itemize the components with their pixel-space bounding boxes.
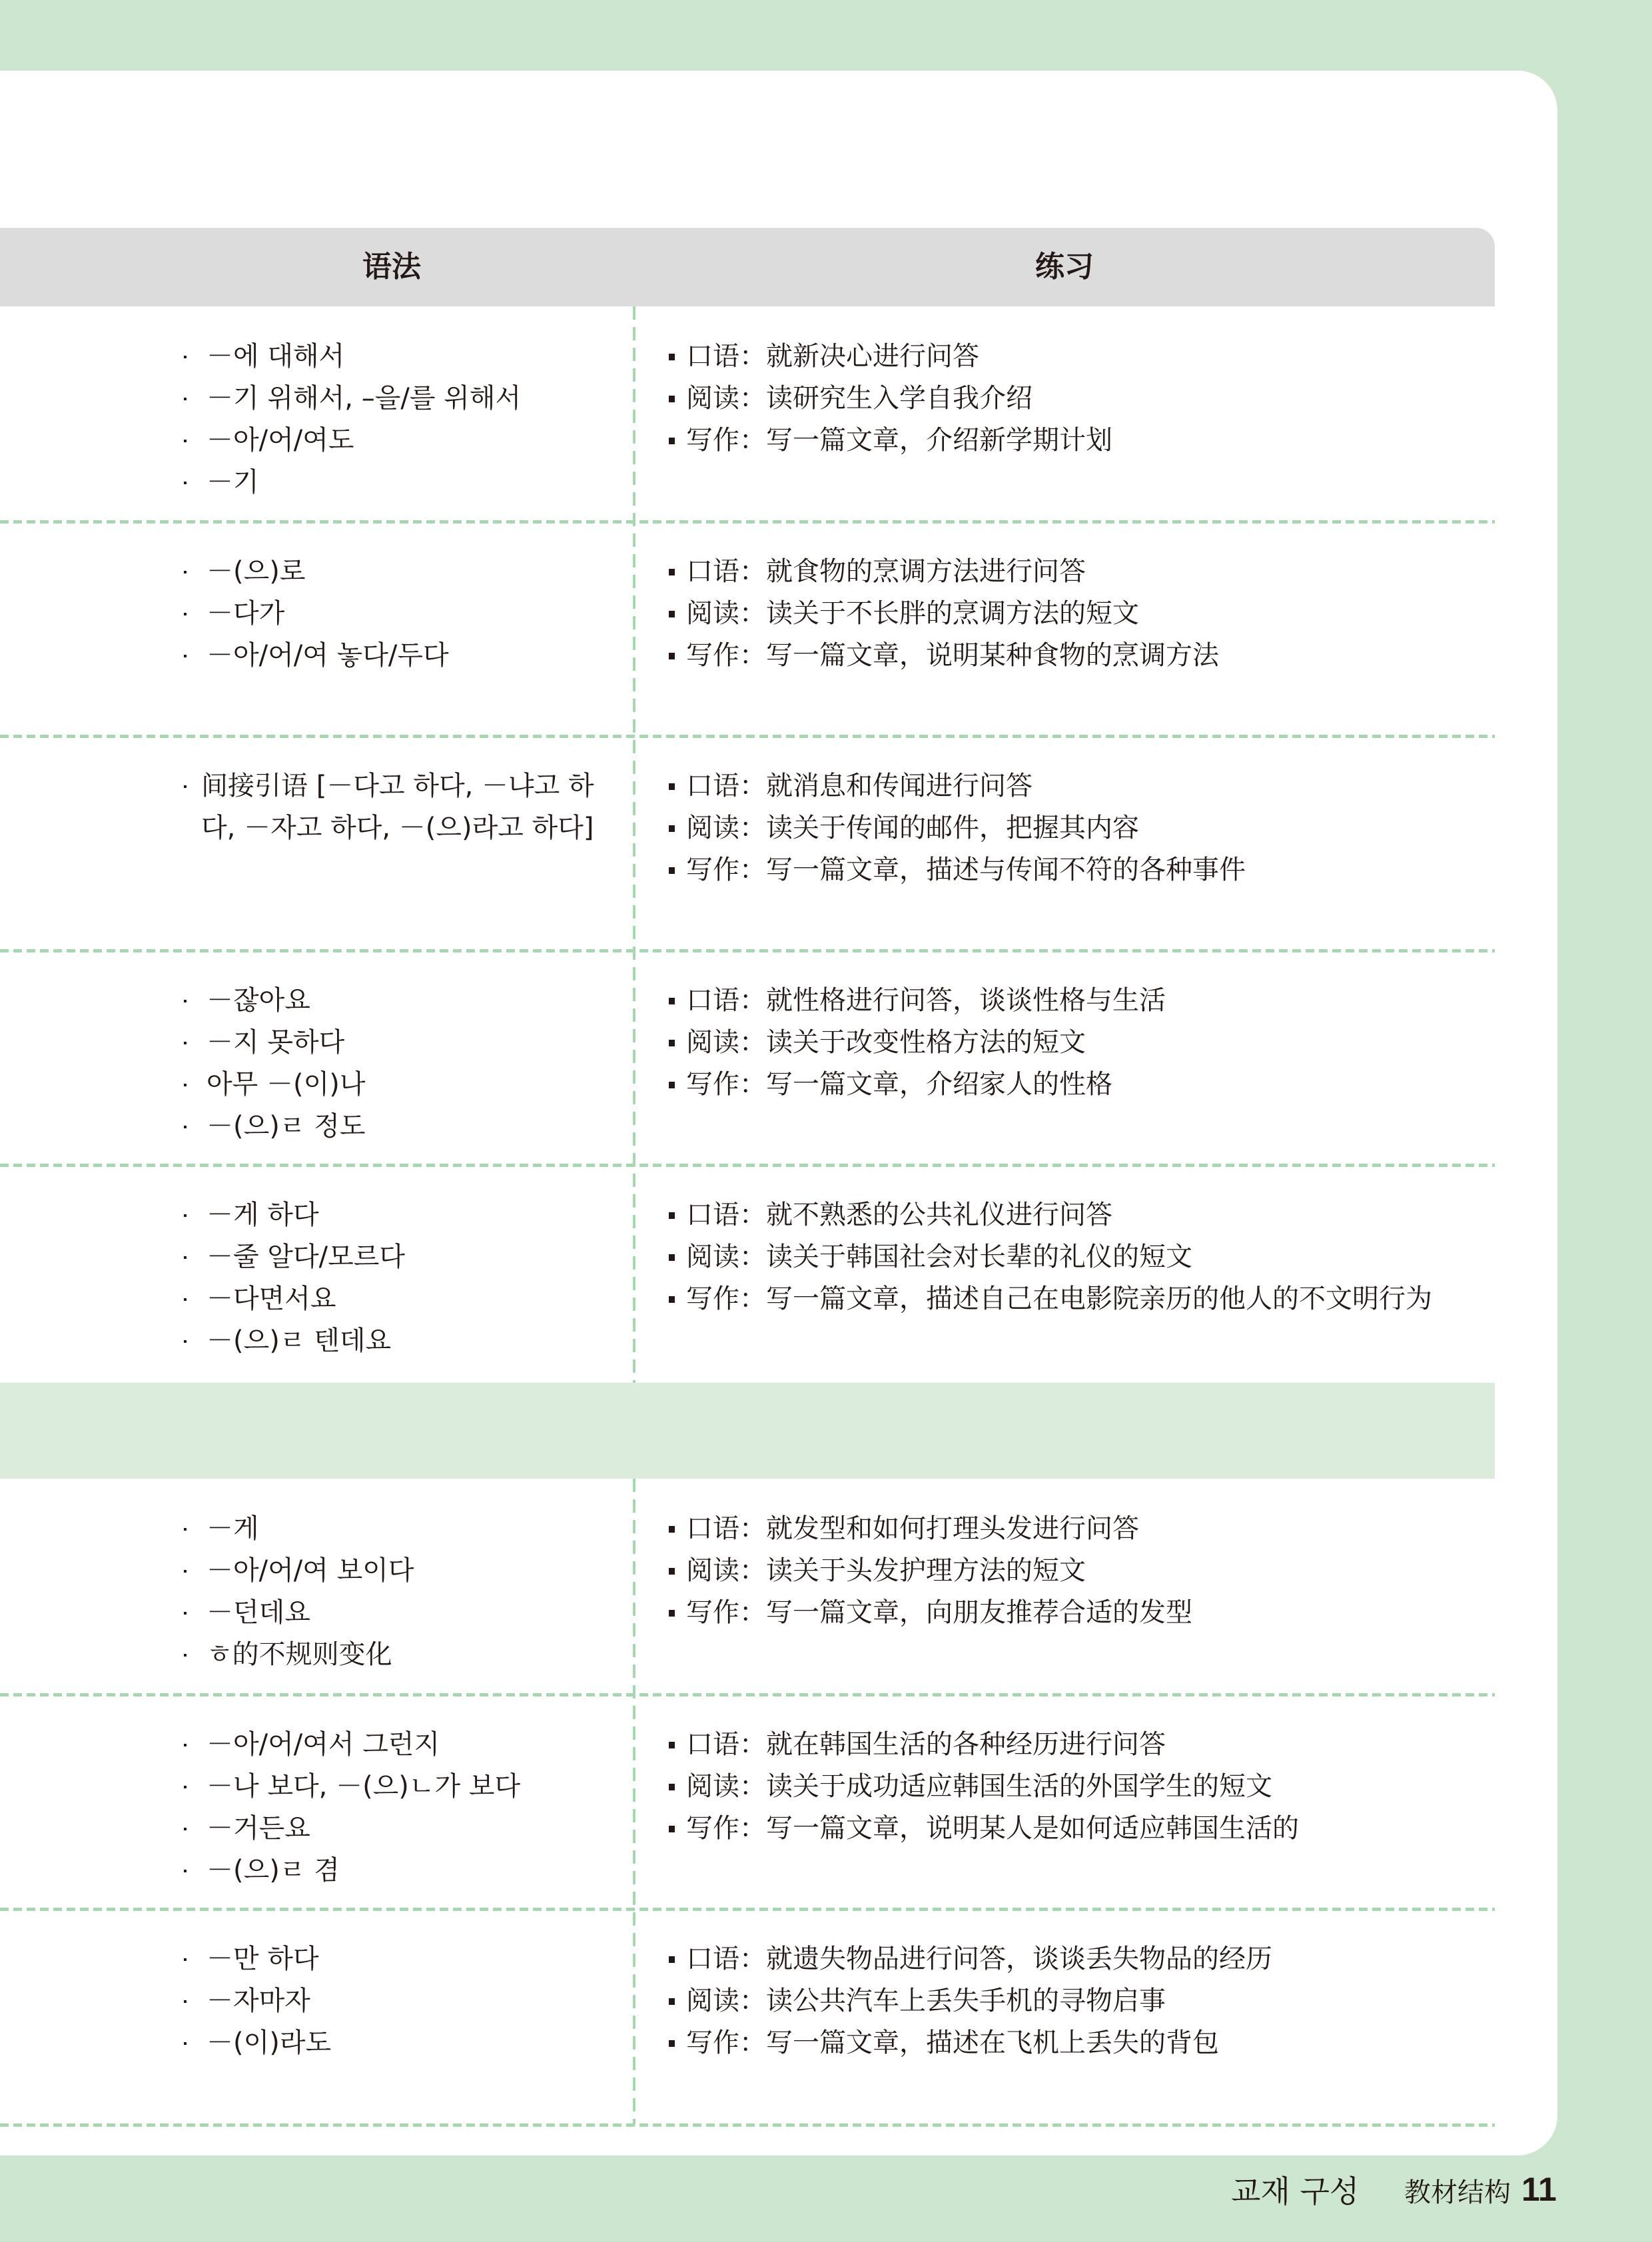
practice-item: 写作：写一篇文章，描述在飞机上丢失的背包 [666, 2022, 1492, 2064]
bullet-dot-icon [184, 1084, 187, 1086]
grammar-item-text: －에 대해서 [206, 341, 344, 372]
grammar-item: －줄 알다/모르다 [179, 1236, 618, 1278]
grammar-item-text: －만 하다 [206, 1944, 319, 1974]
grammar-item: －던데요 [179, 1592, 618, 1634]
bullet-dot-icon [184, 1612, 187, 1615]
grammar-item: －아/어/여 놓다/두다 [179, 635, 618, 677]
grammar-item: －나 보다, －(으)ㄴ가 보다 [179, 1766, 618, 1808]
practice-item: 写作：写一篇文章，描述自己在电影院亲历的他人的不文明行为 [666, 1278, 1492, 1320]
grammar-item: －게 [179, 1508, 618, 1550]
practice-item: 阅读：读研究生入学自我介绍 [666, 378, 1492, 420]
bullet-square-icon [669, 396, 675, 402]
grammar-cell: －게－아/어/여 보이다－던데요ㅎ的不规则变化 [179, 1508, 618, 1676]
bullet-square-icon [669, 825, 675, 832]
bullet-square-icon [669, 1742, 675, 1748]
bullet-square-icon [669, 1526, 675, 1533]
footer-section-korean: 교재 구성 [1231, 2171, 1359, 2211]
bullet-dot-icon [184, 613, 187, 615]
practice-item: 口语：就发型和如何打理头发进行问答 [666, 1508, 1492, 1550]
practice-item-text: 口语：就性格进行问答，谈谈性格与生活 [686, 985, 1166, 1016]
grammar-cell: 间接引语 [－다고 하다, －냐고 하다, －자고 하다, －(으)라고 하다] [179, 765, 618, 849]
grammar-item: －잖아요 [179, 980, 618, 1022]
practice-item-text: 口语：就消息和传闻进行问答 [686, 771, 1032, 801]
bullet-dot-icon [184, 1958, 187, 1961]
grammar-item: 아무 －(이)나 [179, 1064, 618, 1106]
practice-cell: 口语：就不熟悉的公共礼仪进行问答阅读：读关于韩国社会对长辈的礼仪的短文写作：写一… [666, 1194, 1492, 1320]
grammar-item-text: －기 [206, 467, 259, 498]
grammar-item: －거든요 [179, 1808, 618, 1850]
bullet-square-icon [669, 1040, 675, 1046]
practice-item-text: 口语：就发型和如何打理头发进行问答 [686, 1513, 1139, 1544]
practice-item-text: 写作：写一篇文章，描述与传闻不符的各种事件 [686, 855, 1246, 885]
bullet-square-icon [669, 783, 675, 790]
practice-cell: 口语：就性格进行问答，谈谈性格与生活阅读：读关于改变性格方法的短文写作：写一篇文… [666, 980, 1492, 1106]
grammar-item-text: －다가 [206, 598, 284, 629]
grammar-item-text: －자마자 [206, 1986, 310, 2016]
grammar-item: －에 대해서 [179, 336, 618, 378]
practice-item: 阅读：读关于传闻的邮件，把握其内容 [666, 807, 1492, 849]
grammar-item-text: －아/어/여도 [206, 425, 354, 456]
bullet-dot-icon [184, 655, 187, 657]
practice-item-text: 阅读：读关于头发护理方法的短文 [686, 1555, 1086, 1586]
practice-item: 口语：就新决心进行问答 [666, 336, 1492, 378]
grammar-item: －자마자 [179, 1980, 618, 2022]
bullet-dot-icon [184, 1786, 187, 1788]
bullet-square-icon [669, 1998, 675, 2005]
practice-item-text: 阅读：读关于改变性格方法的短文 [686, 1027, 1086, 1058]
practice-item: 阅读：读关于成功适应韩国生活的外国学生的短文 [666, 1766, 1492, 1808]
bullet-square-icon [669, 1784, 675, 1790]
grammar-item: －지 못하다 [179, 1022, 618, 1064]
practice-item-text: 阅读：读关于成功适应韩国生活的外国学生的短文 [686, 1771, 1272, 1802]
bullet-square-icon [669, 569, 675, 575]
row-divider [0, 2123, 1495, 2127]
grammar-item-text: －던데요 [206, 1597, 310, 1628]
bullet-square-icon [669, 438, 675, 444]
grammar-item: －(으)ㄹ 텐데요 [179, 1320, 618, 1362]
bullet-dot-icon [184, 785, 187, 788]
grammar-item: －(으)ㄹ 겸 [179, 1850, 618, 1892]
page-number: 11 [1521, 2169, 1557, 2210]
practice-item: 口语：就食物的烹调方法进行问答 [666, 551, 1492, 593]
grammar-item-text: －나 보다, －(으)ㄴ가 보다 [206, 1771, 520, 1802]
bullet-dot-icon [184, 1570, 187, 1573]
practice-item-text: 阅读：读公共汽车上丢失手机的寻物启事 [686, 1986, 1166, 2016]
grammar-item: 间接引语 [－다고 하다, －냐고 하다, －자고 하다, －(으)라고 하다] [179, 765, 618, 849]
practice-item: 写作：写一篇文章，介绍新学期计划 [666, 420, 1492, 462]
grammar-item-text: －아/어/여서 그런지 [206, 1729, 440, 1760]
bullet-dot-icon [184, 1870, 187, 1872]
practice-cell: 口语：就消息和传闻进行问答阅读：读关于传闻的邮件，把握其内容写作：写一篇文章，描… [666, 765, 1492, 891]
practice-item: 阅读：读关于改变性格方法的短文 [666, 1022, 1492, 1064]
grammar-item-text: －다면서요 [206, 1284, 336, 1314]
grammar-item-text: －잖아요 [206, 985, 310, 1016]
grammar-item: －기 위해서, –을/를 위해서 [179, 378, 618, 420]
bullet-dot-icon [184, 1214, 187, 1217]
grammar-item-text: －기 위해서, –을/를 위해서 [206, 383, 521, 414]
practice-item: 写作：写一篇文章，说明某种食物的烹调方法 [666, 635, 1492, 677]
bullet-square-icon [669, 1826, 675, 1832]
bullet-dot-icon [184, 571, 187, 573]
grammar-item-text: －아/어/여 보이다 [206, 1555, 414, 1586]
bullet-square-icon [669, 998, 675, 1004]
bullet-dot-icon [184, 1126, 187, 1128]
practice-item-text: 写作：写一篇文章，描述在飞机上丢失的背包 [686, 2028, 1219, 2058]
practice-cell: 口语：就食物的烹调方法进行问答阅读：读关于不长胖的烹调方法的短文写作：写一篇文章… [666, 551, 1492, 677]
practice-item: 写作：写一篇文章，向朋友推荐合适的发型 [666, 1592, 1492, 1634]
bullet-square-icon [669, 611, 675, 617]
table-row: －(으)로－다가－아/어/여 놓다/두다口语：就食物的烹调方法进行问答阅读：读关… [0, 522, 1495, 736]
grammar-item: －아/어/여도 [179, 420, 618, 462]
grammar-item-text: －(이)라도 [206, 2028, 331, 2058]
grammar-item: －아/어/여서 그런지 [179, 1724, 618, 1766]
bullet-dot-icon [184, 2000, 187, 2003]
bullet-square-icon [669, 867, 675, 874]
grammar-cell: －만 하다－자마자－(이)라도 [179, 1938, 618, 2064]
practice-item-text: 阅读：读关于不长胖的烹调方法的短文 [686, 598, 1139, 629]
bullet-dot-icon [184, 1828, 187, 1830]
grammar-item-text: －게 [206, 1513, 259, 1544]
practice-cell: 口语：就发型和如何打理头发进行问答阅读：读关于头发护理方法的短文写作：写一篇文章… [666, 1508, 1492, 1634]
practice-item-text: 口语：就食物的烹调方法进行问答 [686, 556, 1086, 587]
bullet-square-icon [669, 1296, 675, 1303]
grammar-cell: －에 대해서－기 위해서, –을/를 위해서－아/어/여도－기 [179, 336, 618, 504]
practice-item-text: 口语：就新决心进行问答 [686, 341, 979, 372]
table-body: －에 대해서－기 위해서, –을/를 위해서－아/어/여도－기口语：就新决心进行… [0, 0, 1495, 2242]
practice-item-text: 写作：写一篇文章，描述自己在电影院亲历的他人的不文明行为 [686, 1284, 1432, 1314]
bullet-dot-icon [184, 398, 187, 400]
grammar-item-text: －줄 알다/모르다 [206, 1242, 405, 1272]
practice-item: 写作：写一篇文章，说明某人是如何适应韩国生活的 [666, 1808, 1492, 1850]
practice-item-text: 阅读：读研究生入学自我介绍 [686, 383, 1032, 414]
grammar-item-text: －(으)ㄹ 정도 [206, 1111, 366, 1142]
bullet-dot-icon [184, 1000, 187, 1002]
practice-item-text: 阅读：读关于韩国社会对长辈的礼仪的短文 [686, 1242, 1192, 1272]
bullet-dot-icon [184, 1298, 187, 1301]
practice-item: 写作：写一篇文章，介绍家人的性格 [666, 1064, 1492, 1106]
bullet-square-icon [669, 2040, 675, 2047]
bullet-square-icon [669, 1568, 675, 1575]
unit-section-band [0, 1383, 1495, 1479]
bullet-dot-icon [184, 1654, 187, 1657]
practice-item: 阅读：读关于头发护理方法的短文 [666, 1550, 1492, 1592]
grammar-item: －다가 [179, 593, 618, 635]
grammar-item: －(으)로 [179, 551, 618, 593]
practice-cell: 口语：就遗失物品进行问答，谈谈丢失物品的经历阅读：读公共汽车上丢失手机的寻物启事… [666, 1938, 1492, 2064]
grammar-item-text: －아/어/여 놓다/두다 [206, 640, 449, 671]
grammar-item: －아/어/여 보이다 [179, 1550, 618, 1592]
grammar-item: －게 하다 [179, 1194, 618, 1236]
grammar-item-text: －(으)로 [206, 556, 306, 587]
practice-item: 口语：就不熟悉的公共礼仪进行问答 [666, 1194, 1492, 1236]
bullet-square-icon [669, 1610, 675, 1617]
practice-item-text: 口语：就遗失物品进行问答，谈谈丢失物品的经历 [686, 1944, 1272, 1974]
grammar-item-text: －거든요 [206, 1813, 310, 1844]
grammar-cell: －(으)로－다가－아/어/여 놓다/두다 [179, 551, 618, 677]
grammar-item-text: －(으)ㄹ 텐데요 [206, 1325, 391, 1356]
table-row: －에 대해서－기 위해서, –을/를 위해서－아/어/여도－기口语：就新决心进行… [0, 306, 1495, 522]
grammar-item-text: 间接引语 [－다고 하다, －냐고 하다, －자고 하다, －(으)라고 하다] [201, 771, 594, 843]
practice-item-text: 写作：写一篇文章，说明某人是如何适应韩国生活的 [686, 1813, 1299, 1844]
bullet-dot-icon [184, 356, 187, 358]
bullet-square-icon [669, 653, 675, 659]
practice-item-text: 写作：写一篇文章，向朋友推荐合适的发型 [686, 1597, 1192, 1628]
practice-item-text: 写作：写一篇文章，说明某种食物的烹调方法 [686, 640, 1219, 671]
table-row: －게 하다－줄 알다/모르다－다면서요－(으)ㄹ 텐데요口语：就不熟悉的公共礼仪… [0, 1165, 1495, 1379]
bullet-dot-icon [184, 1042, 187, 1044]
grammar-item: －(이)라도 [179, 2022, 618, 2064]
table-row: －아/어/여서 그런지－나 보다, －(으)ㄴ가 보다－거든요－(으)ㄹ 겸口语… [0, 1694, 1495, 1909]
grammar-item-text: 아무 －(이)나 [206, 1069, 366, 1100]
practice-item: 口语：就遗失物品进行问答，谈谈丢失物品的经历 [666, 1938, 1492, 1980]
practice-item: 写作：写一篇文章，描述与传闻不符的各种事件 [666, 849, 1492, 891]
grammar-cell: －아/어/여서 그런지－나 보다, －(으)ㄴ가 보다－거든요－(으)ㄹ 겸 [179, 1724, 618, 1892]
grammar-item-text: ㅎ的不规则变化 [206, 1639, 392, 1670]
bullet-dot-icon [184, 1256, 187, 1259]
bullet-square-icon [669, 1956, 675, 1963]
bullet-square-icon [669, 354, 675, 360]
bullet-square-icon [669, 1082, 675, 1088]
table-row: 间接引语 [－다고 하다, －냐고 하다, －자고 하다, －(으)라고 하다]… [0, 736, 1495, 950]
practice-item-text: 写作：写一篇文章，介绍新学期计划 [686, 425, 1112, 456]
bullet-dot-icon [184, 2042, 187, 2045]
practice-item: 阅读：读关于不长胖的烹调方法的短文 [666, 593, 1492, 635]
bullet-dot-icon [184, 1528, 187, 1531]
table-row: －잖아요－지 못하다아무 －(이)나－(으)ㄹ 정도口语：就性格进行问答，谈谈性… [0, 950, 1495, 1165]
grammar-item: －만 하다 [179, 1938, 618, 1980]
bullet-dot-icon [184, 1340, 187, 1343]
bullet-dot-icon [184, 440, 187, 442]
footer-section-chinese: 教材结构 [1404, 2174, 1511, 2211]
practice-item-text: 写作：写一篇文章，介绍家人的性格 [686, 1069, 1112, 1100]
bullet-square-icon [669, 1254, 675, 1261]
grammar-item-text: －(으)ㄹ 겸 [206, 1855, 340, 1886]
grammar-item: ㅎ的不规则变化 [179, 1634, 618, 1676]
grammar-item: －(으)ㄹ 정도 [179, 1106, 618, 1148]
table-row: －게－아/어/여 보이다－던데요ㅎ的不规则变化口语：就发型和如何打理头发进行问答… [0, 1479, 1495, 1694]
practice-item: 口语：就性格进行问答，谈谈性格与生活 [666, 980, 1492, 1022]
practice-item: 口语：就在韩国生活的各种经历进行问答 [666, 1724, 1492, 1766]
practice-cell: 口语：就新决心进行问答阅读：读研究生入学自我介绍写作：写一篇文章，介绍新学期计划 [666, 336, 1492, 462]
grammar-item-text: －게 하다 [206, 1200, 319, 1230]
table-row: －만 하다－자마자－(이)라도口语：就遗失物品进行问答，谈谈丢失物品的经历阅读：… [0, 1909, 1495, 2125]
grammar-cell: －게 하다－줄 알다/모르다－다면서요－(으)ㄹ 텐데요 [179, 1194, 618, 1362]
practice-item: 口语：就消息和传闻进行问答 [666, 765, 1492, 807]
bullet-dot-icon [184, 482, 187, 484]
practice-cell: 口语：就在韩国生活的各种经历进行问答阅读：读关于成功适应韩国生活的外国学生的短文… [666, 1724, 1492, 1850]
grammar-item-text: －지 못하다 [206, 1027, 344, 1058]
practice-item: 阅读：读公共汽车上丢失手机的寻物启事 [666, 1980, 1492, 2022]
practice-item-text: 口语：就在韩国生活的各种经历进行问答 [686, 1729, 1166, 1760]
practice-item-text: 口语：就不熟悉的公共礼仪进行问答 [686, 1200, 1112, 1230]
bullet-dot-icon [184, 1744, 187, 1746]
bullet-square-icon [669, 1212, 675, 1219]
grammar-item: －다면서요 [179, 1278, 618, 1320]
practice-item-text: 阅读：读关于传闻的邮件，把握其内容 [686, 813, 1139, 843]
practice-item: 阅读：读关于韩国社会对长辈的礼仪的短文 [666, 1236, 1492, 1278]
grammar-cell: －잖아요－지 못하다아무 －(이)나－(으)ㄹ 정도 [179, 980, 618, 1148]
grammar-item: －기 [179, 462, 618, 504]
